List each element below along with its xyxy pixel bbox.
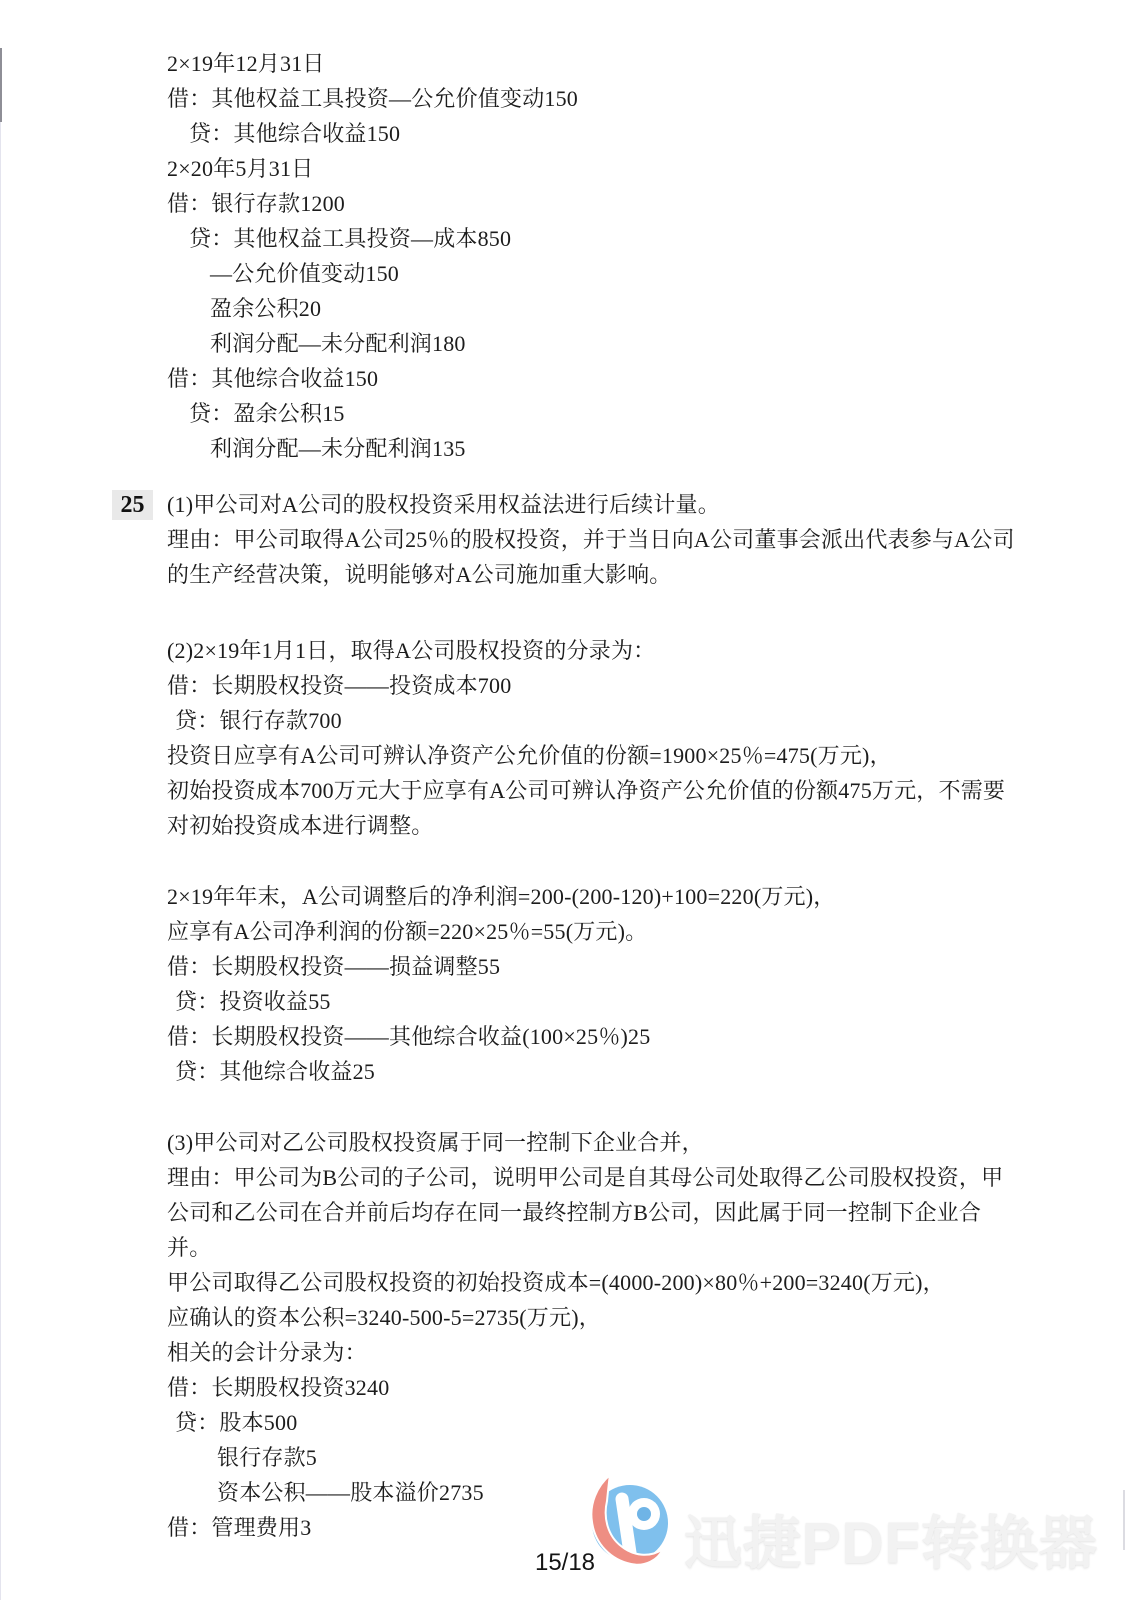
- text-line: 贷：其他权益工具投资—成本850: [167, 221, 1070, 256]
- question-25-part1-block: (1)甲公司对A公司的股权投资采用权益法进行后续计量。理由：甲公司取得A公司25…: [167, 487, 1070, 592]
- text-line: 贷：其他综合收益150: [167, 116, 1070, 151]
- page-number: 15/18: [0, 1549, 1130, 1577]
- text-line: 盈余公积20: [167, 291, 1070, 326]
- text-line: 甲公司取得乙公司股权投资的初始投资成本=(4000-200)×80％+200=3…: [167, 1265, 1070, 1300]
- text-line: 借：其他权益工具投资—公允价值变动150: [167, 81, 1070, 116]
- document-page: 迅捷PDF转换器 25 2×19年12月31日借：其他权益工具投资—公允价值变动…: [0, 0, 1130, 1600]
- page-content: 25 2×19年12月31日借：其他权益工具投资—公允价值变动150贷：其他综合…: [0, 0, 1130, 1600]
- text-line: 应享有A公司净利润的份额=220×25％=55(万元)。: [167, 914, 1070, 949]
- text-line: 资本公积——股本溢价2735: [167, 1475, 1070, 1510]
- question-25-part3-block: (3)甲公司对乙公司股权投资属于同一控制下企业合并，理由：甲公司为B公司的子公司…: [167, 1125, 1070, 1545]
- text-line: 2×19年年末，A公司调整后的净利润=200-(200-120)+100=220…: [167, 879, 1070, 914]
- journal-entries-block: 2×19年12月31日借：其他权益工具投资—公允价值变动150贷：其他综合收益1…: [167, 46, 1070, 466]
- text-line: —公允价值变动150: [167, 256, 1070, 291]
- text-line: 借：长期股权投资——投资成本700: [167, 668, 1070, 703]
- text-line: 的生产经营决策，说明能够对A公司施加重大影响。: [167, 557, 1070, 592]
- text-line: 利润分配—未分配利润180: [167, 326, 1070, 361]
- text-line: 对初始投资成本进行调整。: [167, 808, 1070, 843]
- text-line: 借：其他综合收益150: [167, 361, 1070, 396]
- question-25-part2-yearend-block: 2×19年年末，A公司调整后的净利润=200-(200-120)+100=220…: [167, 879, 1070, 1089]
- text-line: 并。: [167, 1230, 1070, 1265]
- text-line: 理由：甲公司为B公司的子公司，说明甲公司是自其母公司处取得乙公司股权投资，甲: [167, 1160, 1070, 1195]
- text-line: 银行存款5: [167, 1440, 1070, 1475]
- text-line: 初始投资成本700万元大于应享有A公司可辨认净资产公允价值的份额475万元，不需…: [167, 773, 1070, 808]
- text-line: 借：管理费用3: [167, 1510, 1070, 1545]
- text-line: 借：银行存款1200: [167, 186, 1070, 221]
- question-25-part2-entry-block: (2)2×19年1月1日，取得A公司股权投资的分录为：借：长期股权投资——投资成…: [167, 633, 1070, 843]
- text-line: 贷：投资收益55: [167, 984, 1070, 1019]
- text-line: 2×20年5月31日: [167, 151, 1070, 186]
- text-line: 相关的会计分录为：: [167, 1335, 1070, 1370]
- text-line: 2×19年12月31日: [167, 46, 1070, 81]
- text-line: 利润分配—未分配利润135: [167, 431, 1070, 466]
- text-line: 贷：其他综合收益25: [167, 1054, 1070, 1089]
- text-line: 理由：甲公司取得A公司25％的股权投资，并于当日向A公司董事会派出代表参与A公司: [167, 522, 1070, 557]
- text-line: 应确认的资本公积=3240-500-5=2735(万元)，: [167, 1300, 1070, 1335]
- text-line: 贷：股本500: [167, 1405, 1070, 1440]
- text-line: 借：长期股权投资——其他综合收益(100×25％)25: [167, 1019, 1070, 1054]
- text-line: 借：长期股权投资3240: [167, 1370, 1070, 1405]
- text-line: 贷：银行存款700: [167, 703, 1070, 738]
- text-line: (1)甲公司对A公司的股权投资采用权益法进行后续计量。: [167, 487, 1070, 522]
- text-line: 投资日应享有A公司可辨认净资产公允价值的份额=1900×25％=475(万元)，: [167, 738, 1070, 773]
- text-line: 借：长期股权投资——损益调整55: [167, 949, 1070, 984]
- text-line: (2)2×19年1月1日，取得A公司股权投资的分录为：: [167, 633, 1070, 668]
- text-line: 公司和乙公司在合并前后均存在同一最终控制方B公司，因此属于同一控制下企业合: [167, 1195, 1070, 1230]
- question-number-badge: 25: [112, 490, 153, 520]
- text-line: (3)甲公司对乙公司股权投资属于同一控制下企业合并，: [167, 1125, 1070, 1160]
- text-line: 贷：盈余公积15: [167, 396, 1070, 431]
